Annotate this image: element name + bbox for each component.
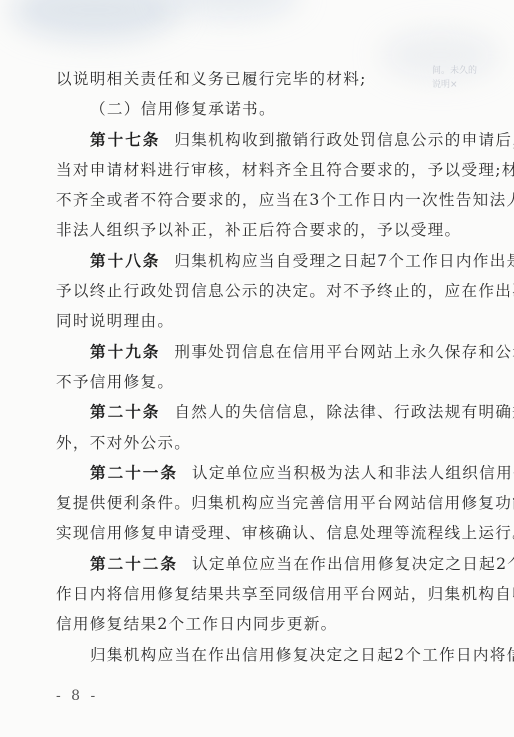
line-text: 实现信用修复申请受理、审核确认、信息处理等流程线上运行。 [56, 524, 514, 542]
line-text: 归集机构收到撤销行政处罚信息公示的申请后，应 [174, 131, 514, 149]
text-line: 归集机构应当在作出信用修复决定之日起2个工作日内将信用 [56, 640, 484, 670]
page-number: - 8 - [56, 688, 98, 704]
line-text: 认定单位应当积极为法人和非法人组织信用修 [192, 464, 514, 482]
article-line: 第二十条自然人的失信信息，除法律、行政法规有明确规定 [56, 397, 484, 427]
line-text: 刑事处罚信息在信用平台网站上永久保存和公示， [174, 343, 514, 361]
text-line: 当对申请材料进行审核，材料齐全且符合要求的，予以受理;材料 [56, 155, 484, 185]
article-line: 第二十一条认定单位应当积极为法人和非法人组织信用修 [56, 458, 484, 488]
line-text: 不予信用修复。 [56, 373, 174, 391]
article-heading: 第二十二条 [90, 554, 178, 573]
document-body: 以说明相关责任和义务已履行完毕的材料;（二）信用修复承诺书。第十七条归集机构收到… [56, 64, 484, 670]
line-text: 非法人组织予以补正，补正后符合要求的，予以受理。 [56, 221, 461, 239]
line-text: 自然人的失信信息，除法律、行政法规有明确规定 [174, 403, 514, 421]
text-line: 非法人组织予以补正，补正后符合要求的，予以受理。 [56, 215, 484, 245]
article-heading: 第十九条 [90, 342, 160, 361]
line-text: 予以终止行政处罚信息公示的决定。对不予终止的，应在作出决定 [56, 282, 514, 300]
line-text: 认定单位应当在作出信用修复决定之日起2个工 [192, 555, 514, 573]
text-line: 同时说明理由。 [56, 306, 484, 336]
text-line: （二）信用修复承诺书。 [56, 94, 484, 124]
scan-smudge [10, 0, 180, 40]
text-line: 复提供便利条件。归集机构应当完善信用平台网站信用修复功能， [56, 488, 484, 518]
article-heading: 第二十一条 [90, 463, 178, 482]
article-line: 第十九条刑事处罚信息在信用平台网站上永久保存和公示， [56, 337, 484, 367]
text-line: 不予信用修复。 [56, 367, 484, 397]
article-heading: 第十七条 [90, 130, 160, 149]
line-text: 同时说明理由。 [56, 312, 174, 330]
line-text: 归集机构应当自受理之日起7个工作日内作出是否 [174, 252, 514, 270]
text-line: 予以终止行政处罚信息公示的决定。对不予终止的，应在作出决定 [56, 276, 484, 306]
scan-smudge [160, 0, 300, 20]
text-line: 外，不对外公示。 [56, 428, 484, 458]
line-text: 作日内将信用修复结果共享至同级信用平台网站，归集机构自收到 [56, 585, 514, 603]
line-text: 当对申请材料进行审核，材料齐全且符合要求的，予以受理;材料 [56, 161, 514, 179]
article-line: 第十七条归集机构收到撤销行政处罚信息公示的申请后，应 [56, 125, 484, 155]
line-text: 不齐全或者不符合要求的，应当在3个工作日内一次性告知法人和 [56, 191, 514, 209]
text-line: 作日内将信用修复结果共享至同级信用平台网站，归集机构自收到 [56, 579, 484, 609]
article-heading: 第二十条 [90, 402, 160, 421]
article-line: 第二十二条认定单位应当在作出信用修复决定之日起2个工 [56, 549, 484, 579]
text-line: 信用修复结果2个工作日内同步更新。 [56, 609, 484, 639]
line-text: 归集机构应当在作出信用修复决定之日起2个工作日内将信用 [90, 646, 514, 664]
line-text: 外，不对外公示。 [56, 434, 191, 452]
article-heading: 第十八条 [90, 251, 160, 270]
text-line: 以说明相关责任和义务已履行完毕的材料; [56, 64, 484, 94]
article-line: 第十八条归集机构应当自受理之日起7个工作日内作出是否 [56, 246, 484, 276]
line-text: 以说明相关责任和义务已履行完毕的材料; [56, 70, 367, 88]
line-text: 信用修复结果2个工作日内同步更新。 [56, 615, 338, 633]
line-text: （二）信用修复承诺书。 [90, 100, 276, 118]
text-line: 不齐全或者不符合要求的，应当在3个工作日内一次性告知法人和 [56, 185, 484, 215]
text-line: 实现信用修复申请受理、审核确认、信息处理等流程线上运行。 [56, 518, 484, 548]
line-text: 复提供便利条件。归集机构应当完善信用平台网站信用修复功能， [56, 494, 514, 512]
